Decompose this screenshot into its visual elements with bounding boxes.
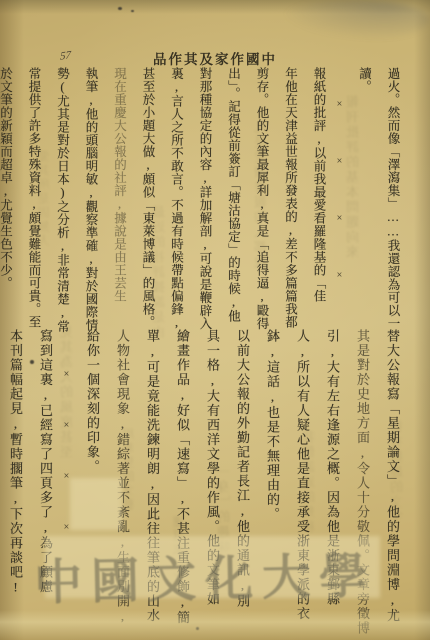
- text-column: 對那種協定的內容,詳加解剖,可說是鞭辟入: [196, 67, 214, 327]
- page-header-title: 品作其及家作國中: [0, 48, 430, 68]
- text-column: 讀。: [356, 67, 374, 327]
- text-column: 於文筆的新穎而超卓,尤覺生色不少。: [0, 67, 15, 327]
- ink-speck: [131, 10, 134, 12]
- text-column: 甚至於小題大做,頗似「東萊博議」的風格。: [139, 67, 157, 327]
- text-column: 執筆,他的頭腦明敏,觀察準確,對於國際情: [82, 67, 100, 327]
- text-column: 出」。記得從前簽訂「塘沽協定」的時候,他: [225, 67, 243, 327]
- text-column: 過火。然而像「澤瀉集」……我還認為可以一: [384, 67, 402, 327]
- text-column: 剪存。他的文筆最犀利,真是「追得逼,毆得: [253, 67, 271, 327]
- text-column: 報紙的批評,以前我最愛看羅隆基的「佳: [310, 67, 328, 327]
- section-separator: ××××: [334, 67, 345, 327]
- page-bottom-edge: [0, 610, 430, 640]
- library-watermark-stamp: 中國文化大學: [33, 536, 414, 613]
- text-column: 年他在天津益世報所發表的,差不多篇篇我都: [282, 67, 300, 327]
- scanned-book-page: 報刊批評的基本問題向來凡是愛讀書報的人都說最近的社評據說是由見其為人的風度甚至愛…: [0, 0, 430, 640]
- text-column: 本刊篇幅起見,暫時擱筆,下次再談吧!: [6, 329, 25, 631]
- text-column: 裏,言人之所不敢言。不過有時候帶點偏鋒,: [168, 67, 186, 327]
- top-text-tier: 過火。然而像「澤瀉集」……我還認為可以一讀。××××報紙的批評,以前我最愛看羅隆…: [0, 67, 402, 327]
- text-column: 勢(尤其是對於日本)之分析,非常清楚,常: [54, 67, 72, 327]
- ink-speck: [118, 7, 122, 10]
- page-edge-shadow-right: [414, 0, 430, 640]
- corner-stain: [280, 0, 430, 40]
- text-column: 現在重慶大公報的社評,據說是由王芸生: [111, 67, 129, 327]
- text-column: 常提供了許多特殊資料,頗覺難能而可貴。至: [25, 67, 43, 327]
- light-patch: [70, 478, 122, 530]
